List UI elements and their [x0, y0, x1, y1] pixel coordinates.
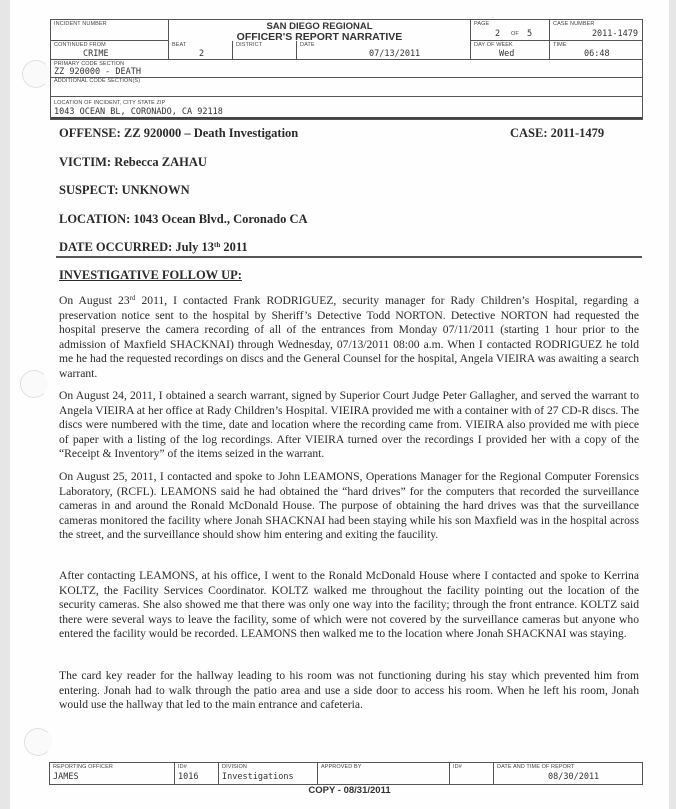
date-occurred-field: DATE OCCURRED: July 13th 2011 — [59, 240, 248, 255]
case-field: CASE: 2011-1479 — [510, 126, 604, 141]
day-of-week-label: DAY OF WEEK — [474, 42, 513, 48]
date-cell: DATE 07/13/2011 — [297, 41, 471, 60]
primary-code-section-value: ZZ 920000 - DEATH — [54, 67, 141, 77]
narrative-paragraph: The card key reader for the hallway lead… — [59, 669, 639, 713]
section-divider — [56, 256, 642, 258]
district-cell: DISTRICT — [233, 41, 297, 60]
reporting-officer-cell: REPORTING OFFICER JAMES — [50, 763, 175, 784]
location-of-incident-cell: LOCATION OF INCIDENT, CITY STATE ZIP 104… — [51, 97, 642, 119]
reporting-officer-label: REPORTING OFFICER — [53, 764, 113, 770]
approver-id-cell: ID# — [450, 763, 494, 784]
incident-number-cell: INCIDENT NUMBER — [51, 20, 169, 41]
report-page: INCIDENT NUMBER SAN DIEGO REGIONAL OFFIC… — [10, 0, 669, 809]
date-time-of-report-cell: DATE AND TIME OF REPORT 08/30/2011 — [494, 763, 642, 784]
date-occurred-text: DATE OCCURRED: July 13 — [59, 240, 214, 254]
beat-label: BEAT — [172, 42, 186, 48]
case-number-label: CASE NUMBER — [553, 21, 594, 27]
location-field: LOCATION: 1043 Ocean Blvd., Coronado CA — [59, 212, 308, 227]
primary-code-section-cell: PRIMARY CODE SECTION ZZ 920000 - DEATH — [51, 60, 642, 78]
reporting-officer-value: JAMES — [53, 772, 79, 782]
division-label: DIVISION — [222, 764, 247, 770]
form-title-cell: SAN DIEGO REGIONAL OFFICER'S REPORT NARR… — [169, 20, 471, 41]
location-of-incident-label: LOCATION OF INCIDENT, CITY STATE ZIP — [54, 100, 165, 106]
case-number-cell: CASE NUMBER 2011-1479 — [550, 20, 642, 41]
narrative-paragraph: On August 24, 2011, I obtained a search … — [59, 389, 639, 462]
incident-number-label: INCIDENT NUMBER — [54, 21, 107, 27]
additional-code-sections-cell: ADDITIONAL CODE SECTION(S) — [51, 78, 642, 97]
paragraph-text: On August 23 — [59, 294, 130, 307]
punch-hole-mark — [20, 370, 48, 398]
division-value: Investigations — [222, 772, 294, 782]
page-cell: PAGE 2 OF 5 — [471, 20, 550, 41]
location-of-incident-value: 1043 OCEAN BL, CORONADO, CA 92118 — [54, 107, 223, 117]
copy-stamp: COPY - 08/31/2011 — [10, 785, 669, 796]
punch-hole-mark — [24, 728, 52, 756]
continued-from-cell: CONTINUED FROM CRIME — [51, 41, 169, 60]
time-value: 06:48 — [584, 49, 610, 59]
page-total: 5 — [527, 29, 532, 39]
approved-by-label: APPROVED BY — [321, 764, 362, 770]
page-label: PAGE — [474, 21, 489, 27]
additional-code-sections-label: ADDITIONAL CODE SECTION(S) — [54, 78, 140, 84]
beat-cell: BEAT 2 — [169, 41, 233, 60]
header-form: INCIDENT NUMBER SAN DIEGO REGIONAL OFFIC… — [50, 19, 643, 120]
continued-from-value: CRIME — [83, 49, 109, 59]
time-cell: TIME 06:48 — [550, 41, 642, 60]
approved-by-cell: APPROVED BY — [318, 763, 450, 784]
date-value: 07/13/2011 — [369, 49, 420, 59]
continued-from-label: CONTINUED FROM — [54, 42, 106, 48]
officer-id-cell: ID# 1016 — [175, 763, 219, 784]
officer-id-value: 1016 — [178, 772, 198, 782]
page-of-label: OF — [511, 31, 519, 37]
victim-field: VICTIM: Rebecca ZAHAU — [59, 155, 207, 170]
offense-field: OFFENSE: ZZ 920000 – Death Investigation — [59, 126, 298, 141]
narrative-paragraph: After contacting LEAMONS, at his office,… — [59, 569, 639, 642]
day-of-week-value: Wed — [499, 49, 514, 59]
case-number-value: 2011-1479 — [592, 29, 638, 39]
punch-hole-mark — [22, 60, 50, 88]
suspect-field: SUSPECT: UNKNOWN — [59, 183, 190, 198]
date-label: DATE — [300, 42, 315, 48]
day-of-week-cell: DAY OF WEEK Wed — [471, 41, 550, 60]
narrative-paragraph: On August 25, 2011, I contacted and spok… — [59, 470, 639, 543]
date-time-of-report-label: DATE AND TIME OF REPORT — [497, 764, 574, 770]
district-label: DISTRICT — [236, 42, 262, 48]
footer-form: REPORTING OFFICER JAMES ID# 1016 DIVISIO… — [49, 762, 643, 785]
time-label: TIME — [553, 42, 567, 48]
date-time-of-report-value: 08/30/2011 — [548, 772, 599, 782]
page-current: 2 — [495, 29, 500, 39]
approver-id-label: ID# — [453, 764, 462, 770]
officer-id-label: ID# — [178, 764, 187, 770]
beat-value: 2 — [199, 49, 204, 59]
narrative-paragraph: On August 23rd 2011, I contacted Frank R… — [59, 294, 639, 382]
paragraph-text: 2011, I contacted Frank RODRIGUEZ, secur… — [59, 294, 639, 380]
narrative-heading: INVESTIGATIVE FOLLOW UP: — [59, 268, 242, 283]
division-cell: DIVISION Investigations — [219, 763, 318, 784]
date-occurred-year: 2011 — [220, 240, 247, 254]
